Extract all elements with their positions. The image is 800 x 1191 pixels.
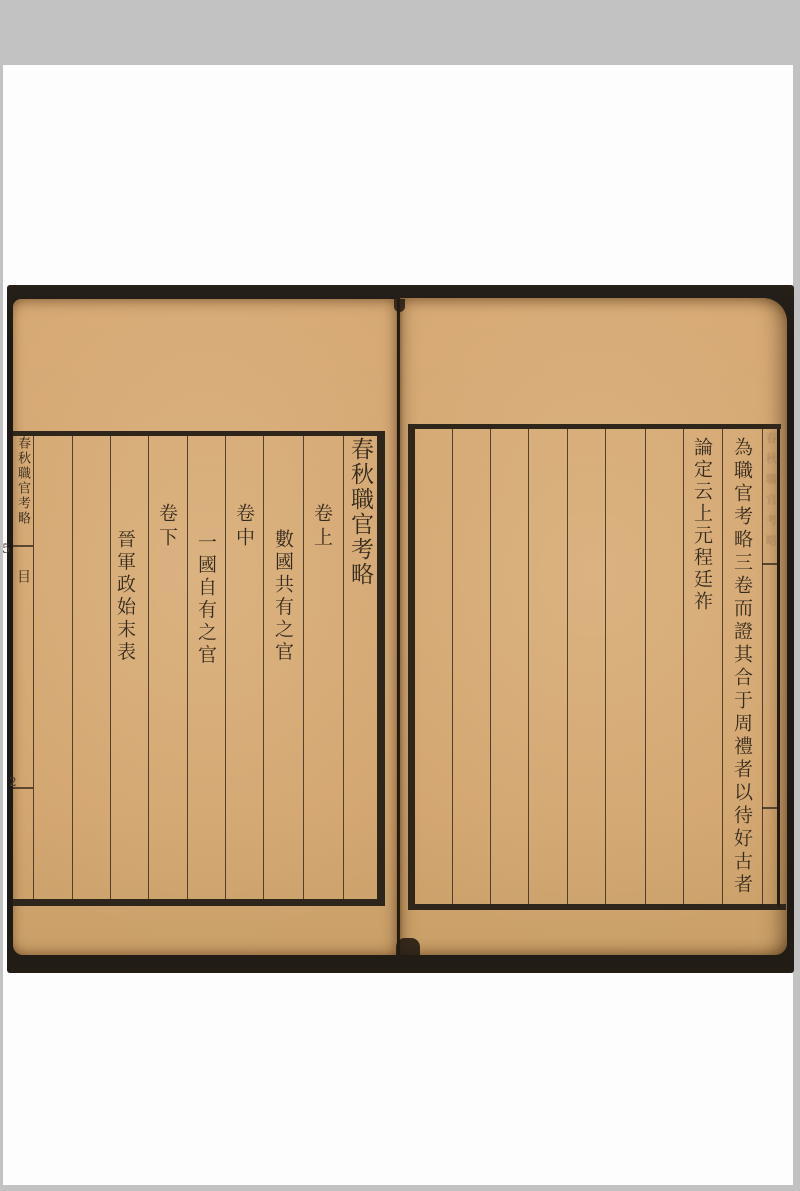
center-fold-top-gap	[394, 299, 405, 312]
scan-viewer-canvas: 春秋職官考略 卷上 數國共有之官 卷中 一國自有之官 卷下 晉軍政始末表 春秋職…	[0, 0, 800, 1191]
volume-2-label: 卷中	[234, 503, 253, 551]
book-title-column: 春秋職官考略	[348, 437, 371, 587]
right-column-line	[762, 429, 763, 905]
right-banxin-divider-upper	[762, 563, 778, 565]
left-frame-right-border	[377, 431, 385, 906]
left-column-line	[148, 436, 149, 900]
right-column-line	[490, 429, 491, 905]
right-column-line	[645, 429, 646, 905]
right-banxin-divider-lower	[762, 807, 778, 809]
right-column-line	[722, 429, 723, 905]
left-column-line	[225, 436, 226, 900]
center-fold-bottom-gap	[396, 938, 420, 955]
left-column-line	[110, 436, 111, 900]
fore-edge-mark-top: 5	[2, 542, 10, 557]
left-banxin-divider-upper	[13, 545, 33, 547]
left-column-line	[343, 436, 344, 900]
fore-edge-mark-bottom: 2	[9, 775, 17, 789]
right-column-line	[528, 429, 529, 905]
right-page	[400, 298, 787, 955]
right-column-line	[605, 429, 606, 905]
left-column-line	[72, 436, 73, 900]
preface-text-column-1: 為職官考略三卷而證其合于周禮者以待好古者	[732, 437, 751, 897]
left-banxin-title: 春秋職官考略	[16, 436, 29, 526]
left-banxin-section-label: 目	[16, 569, 30, 583]
left-frame-top-border	[13, 431, 385, 436]
preface-text-column-2: 論定云上元程廷祚	[692, 437, 711, 613]
volume-3-label: 卷下	[157, 503, 176, 551]
left-column-line	[263, 436, 264, 900]
left-column-line	[303, 436, 304, 900]
volume-2-entry: 一國自有之官	[196, 532, 215, 667]
right-column-line	[567, 429, 568, 905]
volume-1-entry: 數國共有之官	[273, 529, 292, 664]
left-column-line	[187, 436, 188, 900]
center-fold-shadow	[396, 299, 403, 955]
right-column-line	[683, 429, 684, 905]
volume-1-label: 卷上	[312, 503, 331, 551]
right-frame-left-border	[408, 424, 415, 910]
right-banxin-ghost-title: 春秋職官考略	[765, 432, 777, 555]
right-column-line	[452, 429, 453, 905]
volume-3-entry: 晉軍政始末表	[115, 529, 134, 664]
right-frame-top-border	[408, 424, 781, 429]
right-frame-bottom-border	[408, 904, 786, 910]
left-frame-bottom-border	[13, 899, 385, 906]
left-column-line	[33, 436, 34, 900]
